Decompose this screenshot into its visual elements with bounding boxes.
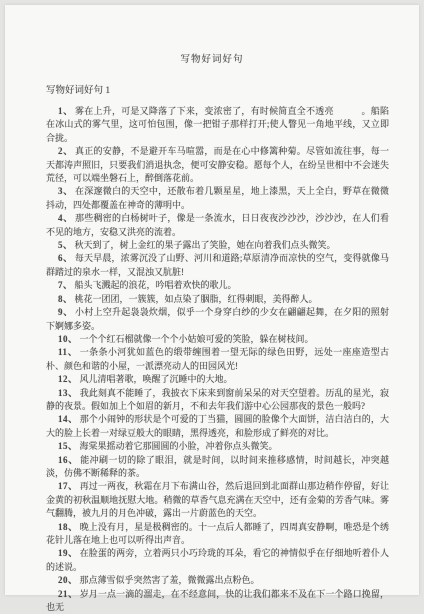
item-number: 5、	[58, 240, 75, 250]
item-number: 8、	[58, 294, 75, 304]
item-text: 桃花一团团，一簇簇，如点染了胭脂，红得刺眼，美得醉人。	[75, 294, 318, 304]
item-number: 2、	[58, 146, 75, 156]
item-text: 船头飞溅起的浪花，吟唱着欢快的歌儿。	[75, 280, 237, 290]
item-text: 一个个红石榴就像一个个小姑娘可爱的笑脸，躲在树枝间。	[80, 334, 314, 344]
item-text: 小村上空升起袅袅炊烟，似乎一个身穿白纱的少女在翩翩起舞，在夕阳的照射下婀娜多姿。	[46, 307, 389, 330]
list-item: 14、那个小闹钟的形状是个可爱的丁当猫，圆圆的脸像个大面饼，洁白洁白的，大大的脸…	[46, 413, 389, 440]
item-number: 7、	[58, 280, 75, 290]
list-item: 17、再过一两夜，秋霜在月下布满山谷，然后退回到北面群山那边稍作停留，好让金黄的…	[46, 480, 389, 520]
item-text: 雾在上升，可是又降落了下来，变浓密了，有时候简直全不透亮 。船陷在冰山式的雾气里…	[46, 106, 389, 143]
section-heading: 写物好词好句 1	[46, 82, 389, 96]
item-number: 9、	[58, 307, 75, 317]
list-item: 12、风儿清唱著歌，唤醒了沉睡中的大地。	[46, 373, 389, 386]
list-item: 21、岁月一点一滴的溜走，在不经意间，快的让我们都来不及在下一个路口挽留，也无	[46, 588, 389, 600]
item-text: 那点薄雪似乎突然害了羞，微微露出点粉色。	[80, 575, 260, 585]
list-item: 5、秋天到了，树上金红的果子露出了笑脸，她在向着我们点头微笑。	[46, 239, 389, 252]
item-text: 晚上没有月，星是极稠密的。十一点后人都睡了，四周真安静啊，唯恐是个绣花针儿落在地…	[46, 522, 389, 545]
item-text: 海棠果摇动着它那圆圆的小脸，冲着你点头微笑。	[80, 441, 278, 451]
item-text: 每天早晨，浓雾沉没了山野、河川和道路;草原清净而凉快的空气，变得就像马群踏过的泉…	[46, 253, 389, 276]
item-number: 4、	[58, 213, 75, 223]
item-number: 18、	[58, 522, 80, 532]
item-number: 14、	[58, 414, 80, 424]
item-text: 在深邃微白的天空中，还散布着几颗星星，地上漆黑，天上全白，野草在微微抖动，四处都…	[46, 186, 389, 209]
list-item: 1、雾在上升，可是又降落了下来，变浓密了，有时候简直全不透亮 。船陷在冰山式的雾…	[46, 105, 389, 145]
item-number: 3、	[58, 186, 75, 196]
item-list: 1、雾在上升，可是又降落了下来，变浓密了，有时候简直全不透亮 。船陷在冰山式的雾…	[46, 105, 389, 600]
item-number: 6、	[58, 253, 75, 263]
list-item: 11、一条条小河犹如蓝色的缎带缠围着一望无际的绿色田野，远处一座座造型古朴、颜色…	[46, 346, 389, 373]
list-item: 18、晚上没有月，星是极稠密的。十一点后人都睡了，四周真安静啊，唯恐是个绣花针儿…	[46, 521, 389, 548]
list-item: 15、海棠果摇动着它那圆圆的小脸，冲着你点头微笑。	[46, 440, 389, 453]
item-number: 1、	[58, 106, 75, 116]
item-text: 在脸蛋的两旁，立着两只小巧玲珑的耳朵，看它的神情似乎在仔细地听着仆人的述说。	[46, 548, 389, 571]
item-number: 16、	[58, 455, 80, 465]
list-item: 20、那点薄雪似乎突然害了羞，微微露出点粉色。	[46, 574, 389, 587]
list-item: 13、我此刻真不能睡了，我披衣下床来到窗前呆呆的对天空望着。历乱的星光，寂静的夜…	[46, 387, 389, 414]
list-item: 4、那些稠密的白杨树叶子，像是一条流水，日日夜夜沙沙沙，沙沙沙，在人们看不见的地…	[46, 212, 389, 239]
list-item: 8、桃花一团团，一簇簇，如点染了胭脂，红得刺眼，美得醉人。	[46, 293, 389, 306]
item-number: 10、	[58, 334, 80, 344]
item-text: 一条条小河犹如蓝色的缎带缠围着一望无际的绿色田野，远处一座座造型古朴、颜色和谐的…	[46, 347, 389, 370]
document-title: 写物好词好句	[46, 51, 389, 65]
item-text: 那些稠密的白杨树叶子，像是一条流水，日日夜夜沙沙沙，沙沙沙，在人们看不见的地方，…	[46, 213, 389, 236]
item-number: 15、	[58, 441, 80, 451]
item-text: 我此刻真不能睡了，我披衣下床来到窗前呆呆的对天空望着。历乱的星光，寂静的夜景。假…	[46, 388, 389, 411]
item-text: 秋天到了，树上金红的果子露出了笑脸，她在向着我们点头微笑。	[75, 240, 336, 250]
list-item: 3、在深邃微白的天空中，还散布着几颗星星，地上漆黑，天上全白，野草在微微抖动，四…	[46, 185, 389, 212]
item-number: 19、	[58, 548, 80, 558]
item-text: 风儿清唱著歌，唤醒了沉睡中的大地。	[80, 374, 233, 384]
item-text: 再过一两夜，秋霜在月下布满山谷，然后退回到北面群山那边稍作停留，好让金黄的初秋温…	[46, 481, 389, 518]
list-item: 6、每天早晨，浓雾沉没了山野、河川和道路;草原清净而凉快的空气，变得就像马群踏过…	[46, 252, 389, 279]
item-text: 岁月一点一滴的溜走，在不经意间，快的让我们都来不及在下一个路口挽留，也无	[46, 589, 389, 600]
item-number: 21、	[58, 589, 80, 599]
list-item: 19、在脸蛋的两旁，立着两只小巧玲珑的耳朵，看它的神情似乎在仔细地听着仆人的述说…	[46, 547, 389, 574]
item-number: 17、	[58, 481, 80, 491]
list-item: 10、一个个红石榴就像一个个小姑娘可爱的笑脸，躲在树枝间。	[46, 333, 389, 346]
item-number: 11、	[58, 347, 80, 357]
item-number: 20、	[58, 575, 80, 585]
list-item: 9、小村上空升起袅袅炊烟，似乎一个身穿白纱的少女在翩翩起舞，在夕阳的照射下婀娜多…	[46, 306, 389, 333]
item-text: 能冲刷一切的除了眼泪，就是时间，以时间来推移感情，时间越长，冲突越淡，仿佛不断稀…	[46, 455, 389, 478]
item-text: 真正的安静，不是避开车马喧嚣，而是在心中修篱种菊。尽管如流往事，每一天都涛声照旧…	[46, 146, 389, 183]
list-item: 7、船头飞溅起的浪花，吟唱着欢快的歌儿。	[46, 279, 389, 292]
document-page: 写物好词好句 写物好词好句 1 1、雾在上升，可是又降落了下来，变浓密了，有时候…	[5, 5, 419, 595]
item-number: 12、	[58, 374, 80, 384]
item-number: 13、	[58, 388, 80, 398]
list-item: 2、真正的安静，不是避开车马喧嚣，而是在心中修篱种菊。尽管如流往事，每一天都涛声…	[46, 145, 389, 185]
item-text: 那个小闹钟的形状是个可爱的丁当猫，圆圆的脸像个大面饼，洁白洁白的，大大的脸上长着…	[46, 414, 389, 437]
list-item: 16、能冲刷一切的除了眼泪，就是时间，以时间来推移感情，时间越长，冲突越淡，仿佛…	[46, 454, 389, 481]
